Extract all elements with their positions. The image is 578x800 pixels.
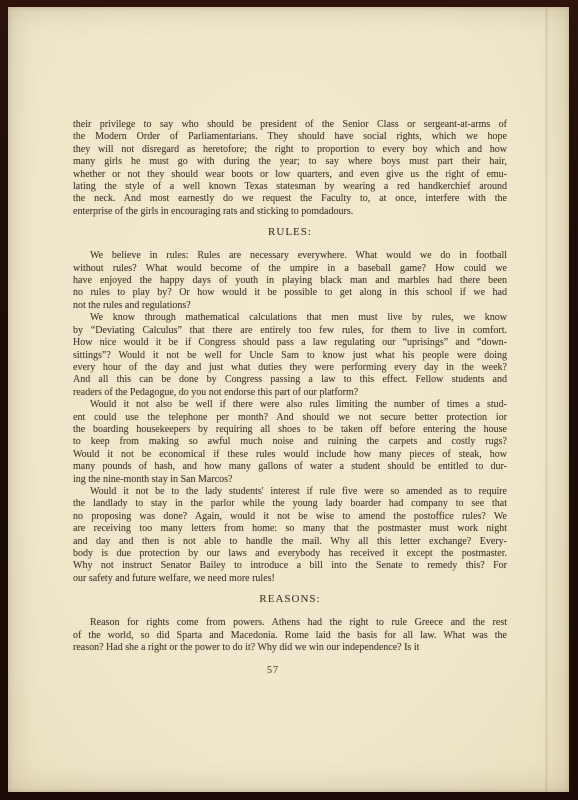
text-line: sittings”? Would it not be well for Uncl…	[73, 350, 507, 362]
text-line: enterprise of the girls in encouraging r…	[73, 206, 507, 218]
page-text-column: their privilege to say who should be pre…	[73, 119, 507, 678]
paragraph: Would it not be to the lady students' in…	[73, 486, 507, 585]
text-line: many girls he must go with during the ye…	[73, 156, 507, 168]
text-line: no rules to play by? Or how would it be …	[73, 287, 507, 299]
section-heading: RULES:	[73, 226, 507, 239]
text-line: ing the nine-month stay in San Marcos?	[73, 474, 507, 486]
text-line: they will not disregard as heretofore; t…	[73, 144, 507, 156]
text-line: the Modern Order of Parliamentarians. Th…	[73, 131, 507, 143]
section-heading: REASONS:	[73, 593, 507, 606]
text-line: And all this can be done by Congress pas…	[73, 374, 507, 386]
text-line: How nice would it be if Congress should …	[73, 337, 507, 349]
paragraph: their privilege to say who should be pre…	[73, 119, 507, 218]
scanned-page-frame: their privilege to say who should be pre…	[0, 0, 578, 800]
text-line: no proposing was done? Again, would it n…	[73, 511, 507, 523]
text-line: our safety and future welfare, we need m…	[73, 573, 507, 585]
text-line: Would it not also be well if there were …	[73, 399, 507, 411]
page-body: their privilege to say who should be pre…	[73, 119, 507, 654]
text-line: whether or not they should wear boots or…	[73, 169, 507, 181]
text-line: the neck. And most earnestly do we reque…	[73, 193, 507, 205]
paragraph: We believe in rules: Rules are necessary…	[73, 250, 507, 312]
text-line: of the world, so did Sparta and Macedoni…	[73, 630, 507, 642]
text-line: their privilege to say who should be pre…	[73, 119, 507, 131]
text-line: readers of the Pedagogue, do you not end…	[73, 387, 507, 399]
text-line: Why not instruct Senator Bailey to intro…	[73, 560, 507, 572]
text-line: reason? Had she a right or the power to …	[73, 642, 507, 654]
text-line: without rules? What would become of the …	[73, 263, 507, 275]
text-line: the boarding housekeepers by requiring a…	[73, 424, 507, 436]
page-crease	[545, 7, 548, 792]
text-line: Would it not be to the lady students' in…	[73, 486, 507, 498]
text-line: have enjoyed the happy days of youth in …	[73, 275, 507, 287]
text-line: many pounds of hash, and how many gallon…	[73, 461, 507, 473]
text-line: We believe in rules: Rules are necessary…	[73, 250, 507, 262]
text-line: Would it not be economical if these rule…	[73, 449, 507, 461]
page-number: 57	[56, 665, 490, 677]
text-line: the landlady to stay in the parlor while…	[73, 498, 507, 510]
text-line: lating the style of a well known Texas s…	[73, 181, 507, 193]
text-line: body is due protection by our laws and e…	[73, 548, 507, 560]
text-line: every hour of the day and just what duti…	[73, 362, 507, 374]
paragraph: We know through mathematical calculation…	[73, 312, 507, 399]
text-line: Reason for rights come from powers. Athe…	[73, 617, 507, 629]
text-line: ent could use the telephone per month? A…	[73, 412, 507, 424]
text-line: and day and then is not able to handle t…	[73, 536, 507, 548]
text-line: are receiving too many letters from home…	[73, 523, 507, 535]
paragraph: Reason for rights come from powers. Athe…	[73, 617, 507, 654]
text-line: by “Deviating Calculus” that there are e…	[73, 325, 507, 337]
book-page: their privilege to say who should be pre…	[8, 7, 569, 792]
text-line: We know through mathematical calculation…	[73, 312, 507, 324]
text-line: not the rules and regulations?	[73, 300, 507, 312]
text-line: to keep from making so awful much noise …	[73, 436, 507, 448]
paragraph: Would it not also be well if there were …	[73, 399, 507, 486]
